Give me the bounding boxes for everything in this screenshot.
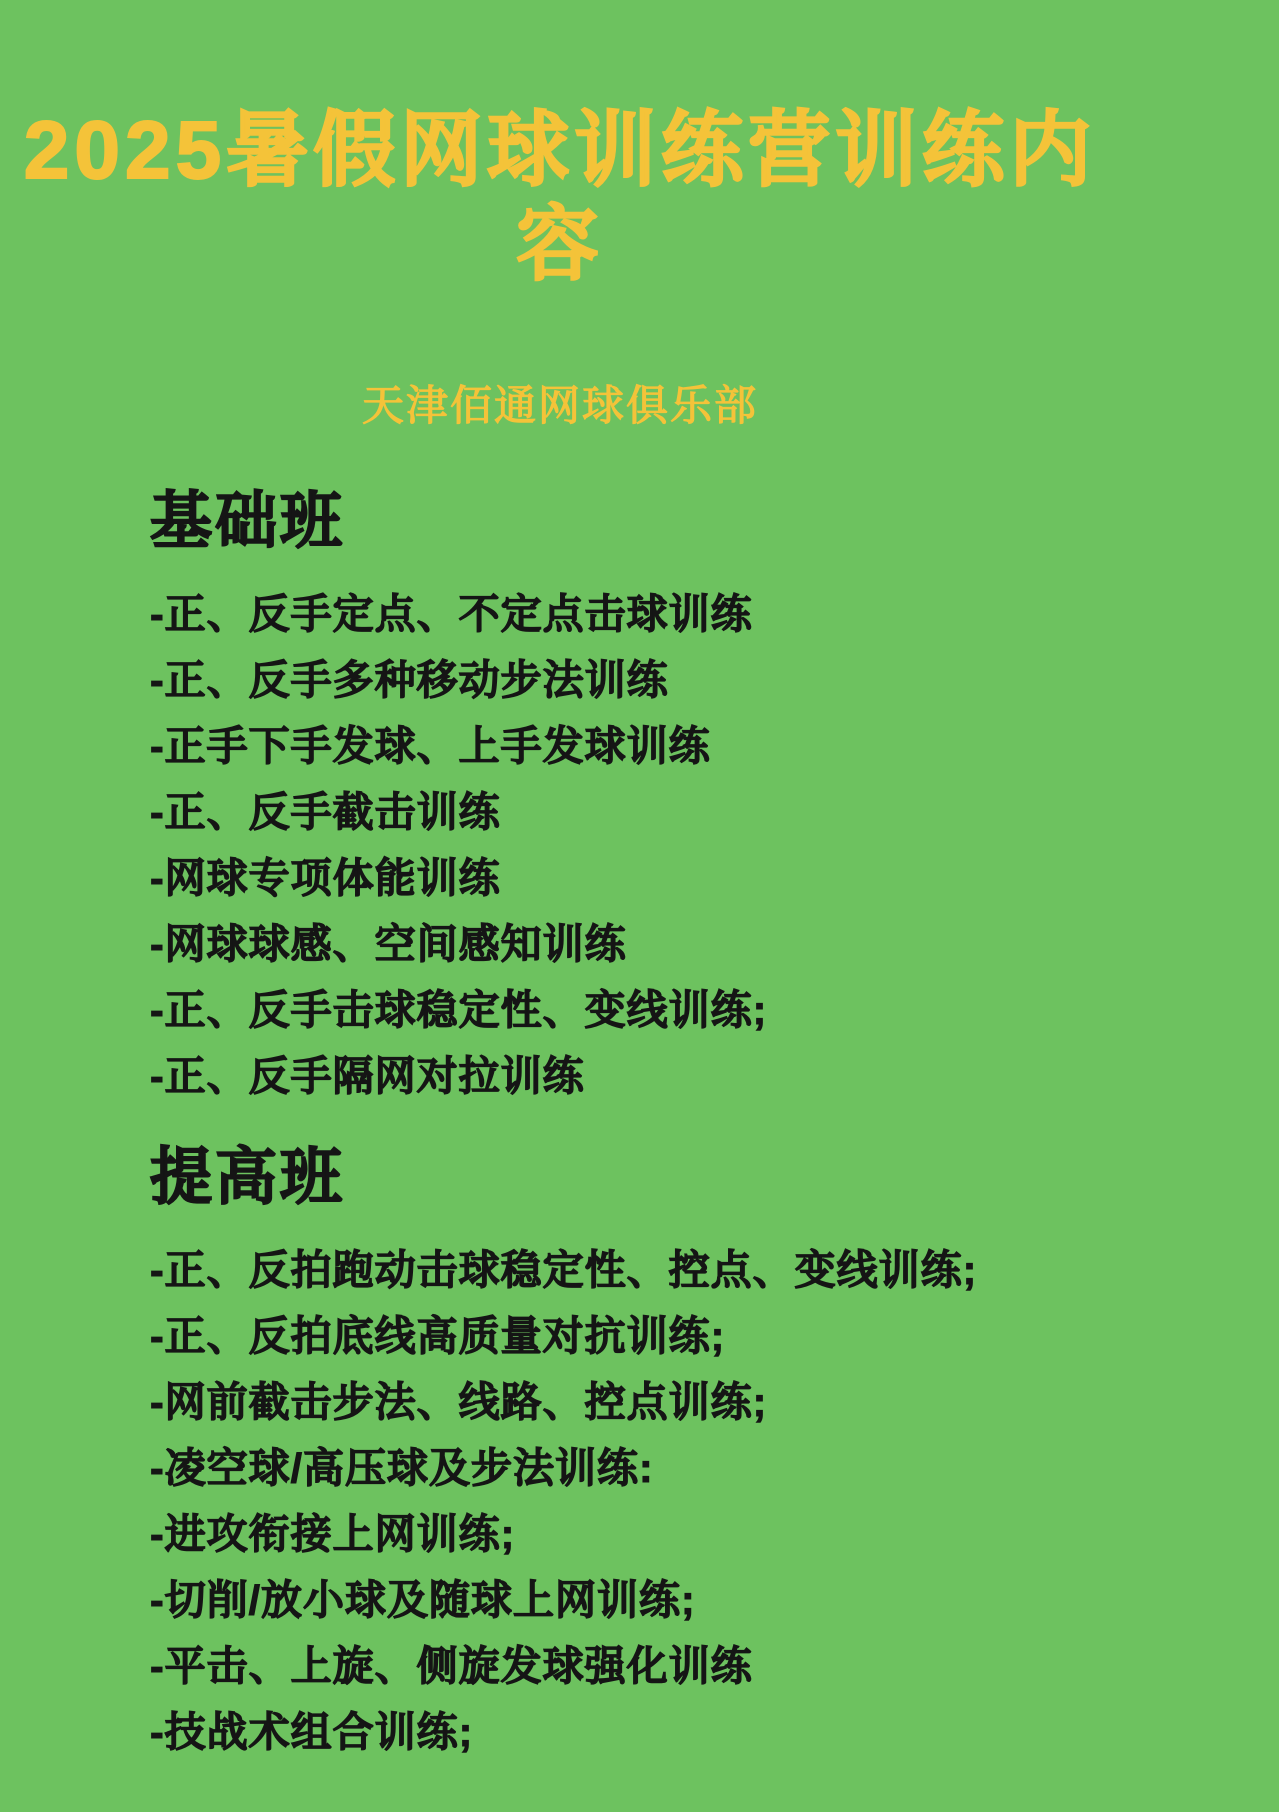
list-item: -正、反拍跑动击球稳定性、控点、变线训练; [150, 1237, 1219, 1303]
list-item: -凌空球/高压球及步法训练: [150, 1435, 1219, 1501]
list-item: -网前截击步法、线路、控点训练; [150, 1369, 1219, 1435]
list-item: -技战术组合训练; [150, 1699, 1219, 1765]
poster-header: 2025暑假网球训练营训练内容 天津佰通网球俱乐部 [0, 0, 1120, 433]
section-advanced-list: -正、反拍跑动击球稳定性、控点、变线训练; -正、反拍底线高质量对抗训练; -网… [150, 1237, 1219, 1765]
poster-title: 2025暑假网球训练营训练内容 [0, 0, 1120, 293]
section-basic-heading: 基础班 [150, 489, 1219, 555]
list-item: -正、反手击球稳定性、变线训练; [150, 977, 1219, 1043]
list-item: -正手下手发球、上手发球训练 [150, 713, 1219, 779]
list-item: -平击、上旋、侧旋发球强化训练 [150, 1633, 1219, 1699]
training-camp-poster: 2025暑假网球训练营训练内容 天津佰通网球俱乐部 基础班 -正、反手定点、不定… [0, 0, 1279, 1812]
section-basic-class: 基础班 -正、反手定点、不定点击球训练 -正、反手多种移动步法训练 -正手下手发… [150, 489, 1219, 1109]
section-basic-list: -正、反手定点、不定点击球训练 -正、反手多种移动步法训练 -正手下手发球、上手… [150, 581, 1219, 1109]
list-item: -进攻衔接上网训练; [150, 1501, 1219, 1567]
poster-body: 基础班 -正、反手定点、不定点击球训练 -正、反手多种移动步法训练 -正手下手发… [0, 489, 1279, 1765]
list-item: -网球球感、空间感知训练 [150, 911, 1219, 977]
club-name: 天津佰通网球俱乐部 [0, 373, 1120, 433]
list-item: -正、反手隔网对拉训练 [150, 1043, 1219, 1109]
list-item: -切削/放小球及随球上网训练; [150, 1567, 1219, 1633]
list-item: -网球专项体能训练 [150, 845, 1219, 911]
list-item: -正、反拍底线高质量对抗训练; [150, 1303, 1219, 1369]
list-item: -正、反手定点、不定点击球训练 [150, 581, 1219, 647]
list-item: -正、反手多种移动步法训练 [150, 647, 1219, 713]
section-advanced-class: 提高班 -正、反拍跑动击球稳定性、控点、变线训练; -正、反拍底线高质量对抗训练… [150, 1145, 1219, 1765]
section-advanced-heading: 提高班 [150, 1145, 1219, 1211]
list-item: -正、反手截击训练 [150, 779, 1219, 845]
